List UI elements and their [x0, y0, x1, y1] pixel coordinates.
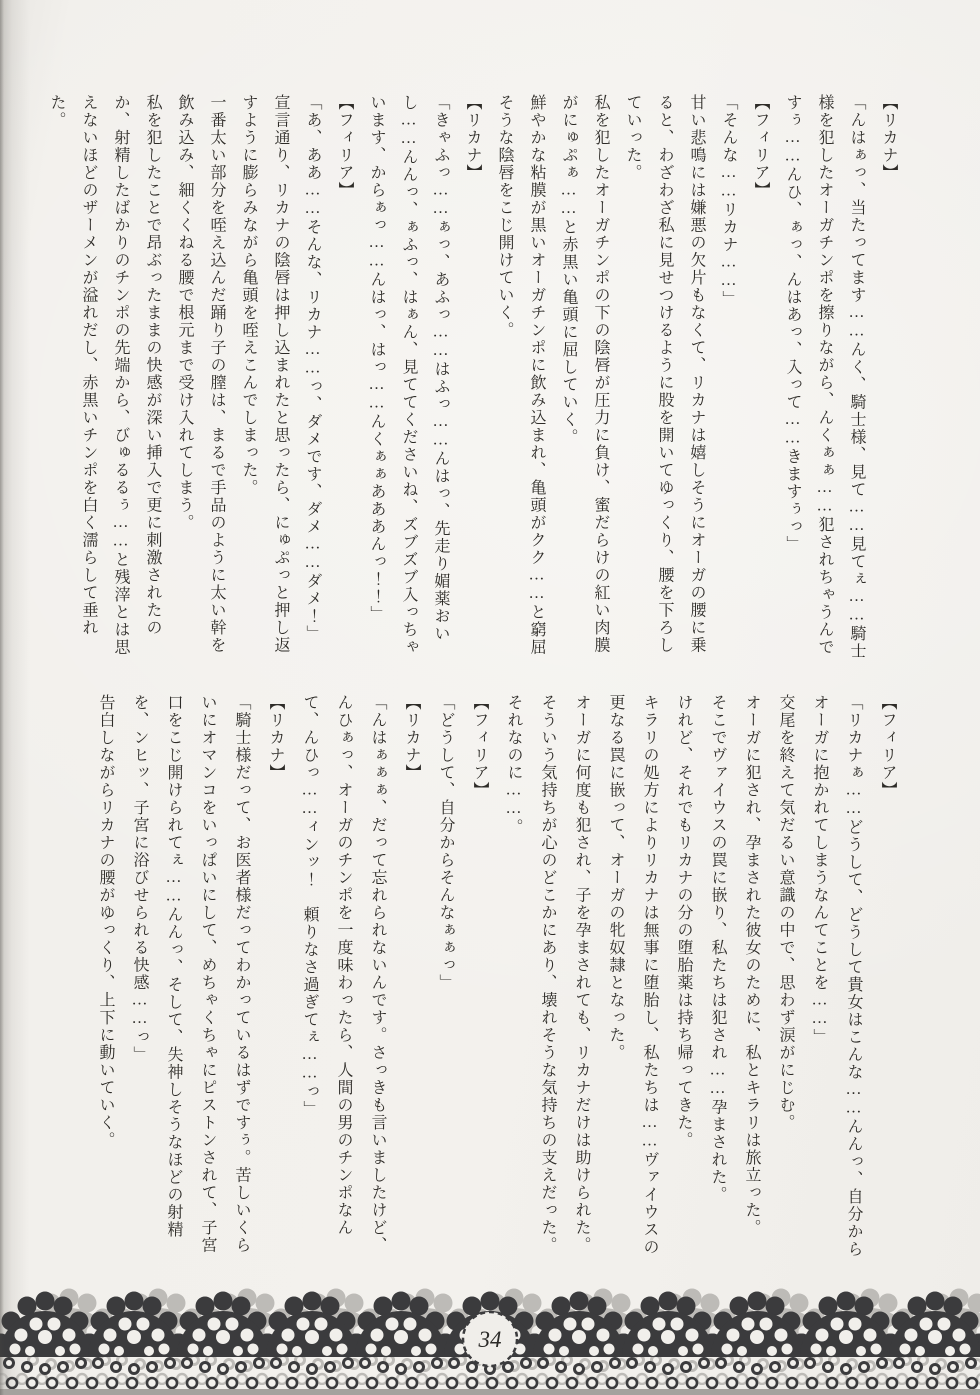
lace-border-graphic: 34 [0, 1277, 980, 1395]
scanned-book-page: 【リカナ】 「んはぁっ、当たってます……んく、騎士様、見て……見てぇ……騎士様を… [0, 0, 980, 1395]
dialogue-line: 「きゃふっ……ぁっ、あふっ……はふっ……んはっ、先走り媚薬おいし……んんっ、ぁふ… [360, 94, 456, 660]
narration-line: 私を犯したことで昂ぶったままの快感が深い挿入で更に刺激されたのか、射精したばかり… [40, 94, 168, 660]
speaker-tag: 【フィリア】 [744, 94, 776, 660]
narration-line: 一番太い部分を咥え込んだ踊り子の膣は、まるで手品のように太い幹を飲み込み、細くく… [168, 94, 232, 660]
narration-line: オーガに犯され、孕まされた彼女のために、私とキラリは旅立った。 [734, 694, 768, 1260]
narration-line: 告白しながらリカナの腰がゆっくり、上下に動いていく。 [88, 694, 122, 1260]
speaker-tag: 【リカナ】 [394, 694, 428, 1260]
narration-line: 甘い悲鳴には嫌悪の欠片もなくて、リカナは嬉しそうにオーガの腰に乗ると、わざわざ私… [616, 94, 712, 660]
speaker-tag: 【フィリア】 [462, 694, 496, 1260]
dialogue-line: 「リカナぁ……どうして、どうして貴女はこんな……んんっ、自分からオーガに抱かれて… [802, 694, 870, 1260]
narration-line: オーガに何度も犯され、子を孕まされても、リカナだけは助けられた。 [564, 694, 598, 1260]
dialogue-line: 「んはぁっ、当たってます……んく、騎士様、見て……見てぇ……騎士様を犯したオーガ… [776, 94, 872, 660]
narration-line: 宣言通り、リカナの陰唇は押し込まれたと思ったら、にゅぷっと押し返すように膨らみな… [232, 94, 296, 660]
narration-line: そこでヴァイウスの罠に嵌り、私たちは犯され……孕まされた。 [700, 694, 734, 1260]
text-section-bottom: 【フィリア】 「リカナぁ……どうして、どうして貴女はこんな……んんっ、自分からオ… [88, 694, 904, 1260]
text-section-top: 【リカナ】 「んはぁっ、当たってます……んく、騎士様、見て……見てぇ……騎士様を… [40, 94, 904, 660]
speaker-tag: 【リカナ】 [872, 94, 904, 660]
speaker-tag: 【リカナ】 [456, 94, 488, 660]
lace-border: 34 [0, 1277, 980, 1395]
narration-line: キラリの処方によりリカナは無事に堕胎し、私たちは……ヴァイウスの更なる罠に嵌って… [598, 694, 666, 1260]
dialogue-line: 「あ、ああ……そんな、リカナ……っ、ダメです、ダメ……ダメ！」 [296, 94, 328, 660]
narration-line: そういう気持ちが心のどこかにあり、壊れそうな気持ちの支えだった。 [530, 694, 564, 1260]
page-number: 34 [478, 1327, 502, 1352]
narration-line: けれど、それでもリカナの分の堕胎薬は持ち帰ってきた。 [666, 694, 700, 1260]
speaker-tag: 【フィリア】 [328, 94, 360, 660]
dialogue-line: 「どうして、自分からそんなぁぁっ」 [428, 694, 462, 1260]
dialogue-line: 「んはぁぁぁ、だって忘れられないんです。さっきも言いましたけど、んひぁっ、オーガ… [292, 694, 394, 1260]
dialogue-line: 「そんな……リカナ……」 [712, 94, 744, 660]
speaker-tag: 【リカナ】 [258, 694, 292, 1260]
narration-line: 鮮やかな粘膜が黒いオーガチンポに飲み込まれ、亀頭がクク……と窮屈そうな陰唇をこじ… [488, 94, 552, 660]
narration-line: 私を犯したオーガチンポの下の陰唇が圧力に負け、蜜だらけの紅い肉膜がにゅぷぁ……と… [552, 94, 616, 660]
narration-line: 交尾を終えて気だるい意識の中で、思わず涙がにじむ。 [768, 694, 802, 1260]
speaker-tag: 【フィリア】 [870, 694, 904, 1260]
dialogue-line: 「騎士様だって、お医者様だってわかっているはずですぅ。苦しいくらいにオマンコをい… [122, 694, 258, 1260]
narration-line: それなのに……。 [496, 694, 530, 1260]
